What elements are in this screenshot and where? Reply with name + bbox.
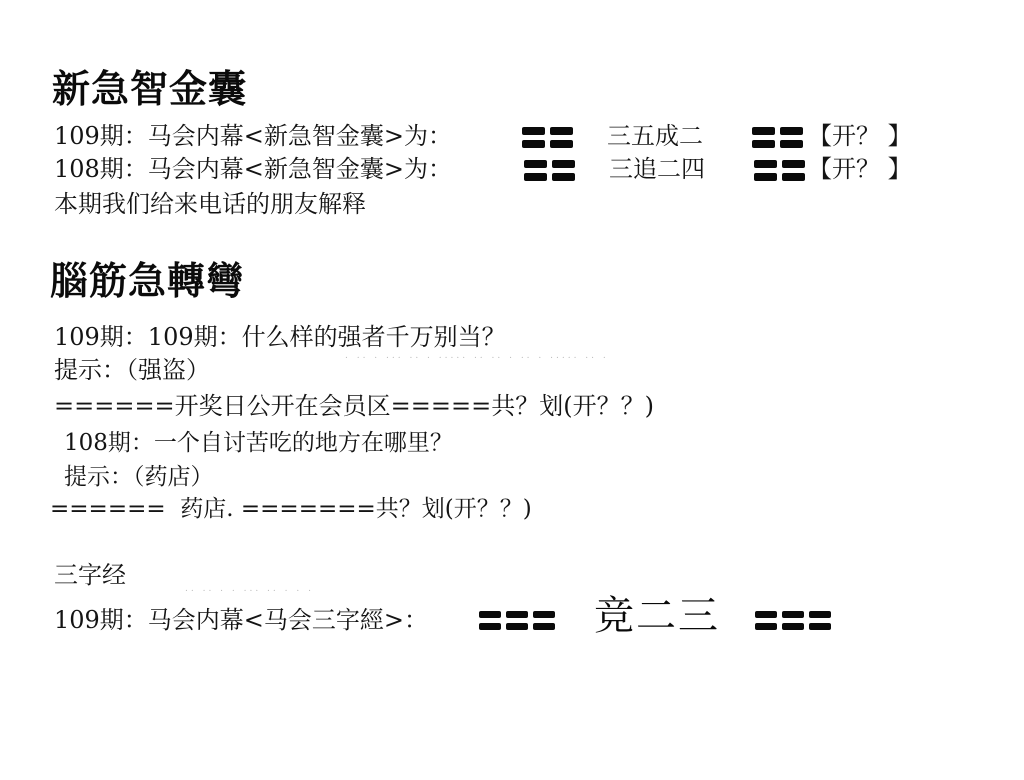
hidden-answer-blocks — [479, 611, 555, 630]
jinnang-row-108-answer: 三追二四 — [609, 157, 705, 181]
naojin-answer-109: ======开奖日公开在会员区=====共？划(开？？) — [54, 394, 654, 418]
hidden-answer-blocks — [524, 160, 575, 181]
naojin-answer-108: ====== 药店. =======共？划(开？？) — [50, 498, 532, 521]
section-title-naojin: 腦筋急轉彎 — [50, 262, 245, 300]
naojin-hint-108: 提示：（药店） — [64, 466, 214, 489]
naojin-question-109: 109期：109期：什么样的强者千万别当？ — [54, 325, 506, 349]
jinnang-note: 本期我们给来电话的朋友解释 — [54, 192, 366, 216]
jinnang-row-108-prefix: 108期：马会内幕<新急智金囊>为： — [54, 157, 452, 181]
section-title-sanzijing: 三字经 — [54, 563, 126, 587]
sanzijing-row-109-answer: 竞二三 — [594, 596, 720, 636]
sanzijing-row-109-prefix: 109期：马会内幕<马会三字經>： — [54, 608, 428, 632]
hidden-answer-blocks — [754, 160, 805, 181]
jinnang-row-109-prefix: 109期：马会内幕<新急智金囊>为： — [54, 124, 452, 148]
section-title-jinnang: 新急智金囊 — [52, 70, 247, 108]
hidden-answer-blocks — [755, 611, 831, 630]
naojin-question-108: 108期：一个自讨苦吃的地方在哪里？ — [64, 432, 453, 455]
jinnang-row-109-suffix: 【开？ 】 — [808, 124, 912, 148]
jinnang-row-108-suffix: 【开？ 】 — [808, 157, 912, 181]
naojin-hint-109: 提示：（强盗） — [54, 358, 210, 382]
faint-artifact: .. .. . . ... .. . . . — [185, 585, 314, 594]
hidden-answer-blocks — [522, 127, 573, 148]
faint-artifact: . .. . ... .. . ..... .. .. . .. . .....… — [345, 352, 609, 361]
hidden-answer-blocks — [752, 127, 803, 148]
jinnang-row-109-answer: 三五成二 — [607, 124, 703, 148]
